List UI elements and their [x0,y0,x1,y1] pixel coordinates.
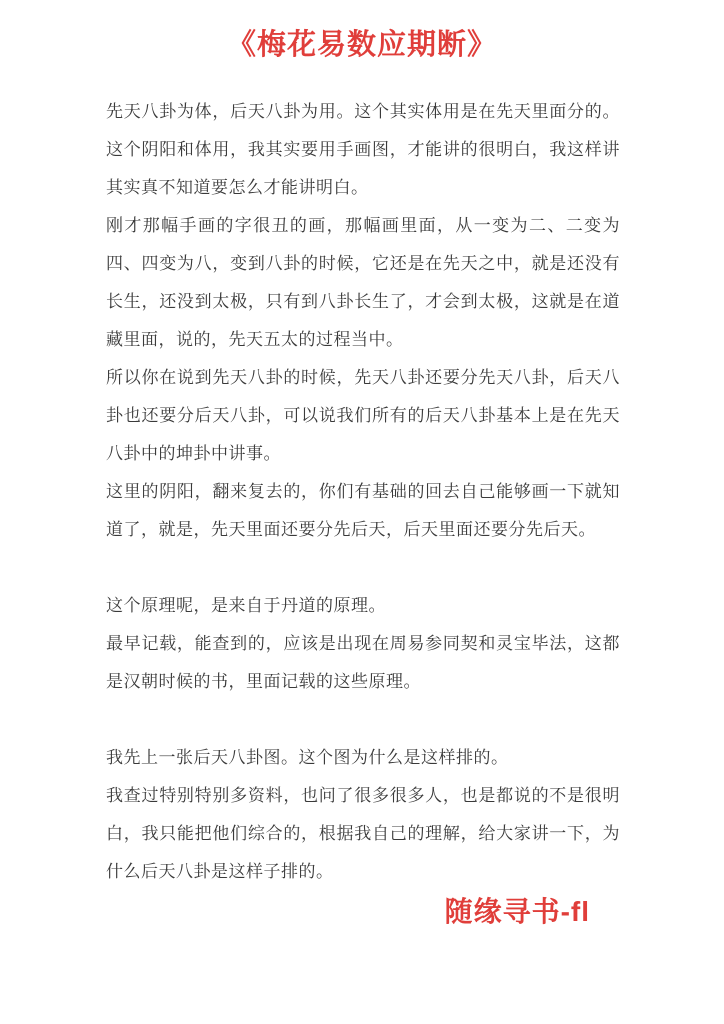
paragraph-1: 先天八卦为体，后天八卦为用。这个其实体用是在先天里面分的。这个阴阳和体用，我其实… [106,93,620,207]
paragraph-5: 这个原理呢，是来自于丹道的原理。 [106,587,620,625]
document-body: 先天八卦为体，后天八卦为用。这个其实体用是在先天里面分的。这个阴阳和体用，我其实… [106,93,620,891]
paragraph-8: 我查过特别特别多资料，也问了很多很多人，也是都说的不是很明白，我只能把他们综合的… [106,777,620,891]
document-page: 《梅花易数应期断》 先天八卦为体，后天八卦为用。这个其实体用是在先天里面分的。这… [0,0,724,1024]
paragraph-2: 刚才那幅手画的字很丑的画，那幅画里面，从一变为二、二变为四、四变为八，变到八卦的… [106,207,620,359]
author-signature: 随缘寻书-fl [0,893,590,931]
paragraph-7: 我先上一张后天八卦图。这个图为什么是这样排的。 [106,739,620,777]
paragraph-4: 这里的阴阳，翻来复去的，你们有基础的回去自己能够画一下就知道了，就是，先天里面还… [106,473,620,549]
paragraph-3: 所以你在说到先天八卦的时候，先天八卦还要分先天八卦，后天八卦也还要分后天八卦，可… [106,359,620,473]
paragraph-6: 最早记载，能查到的，应该是出现在周易参同契和灵宝毕法，这都是汉朝时候的书，里面记… [106,625,620,701]
page-title: 《梅花易数应期断》 [0,28,724,63]
